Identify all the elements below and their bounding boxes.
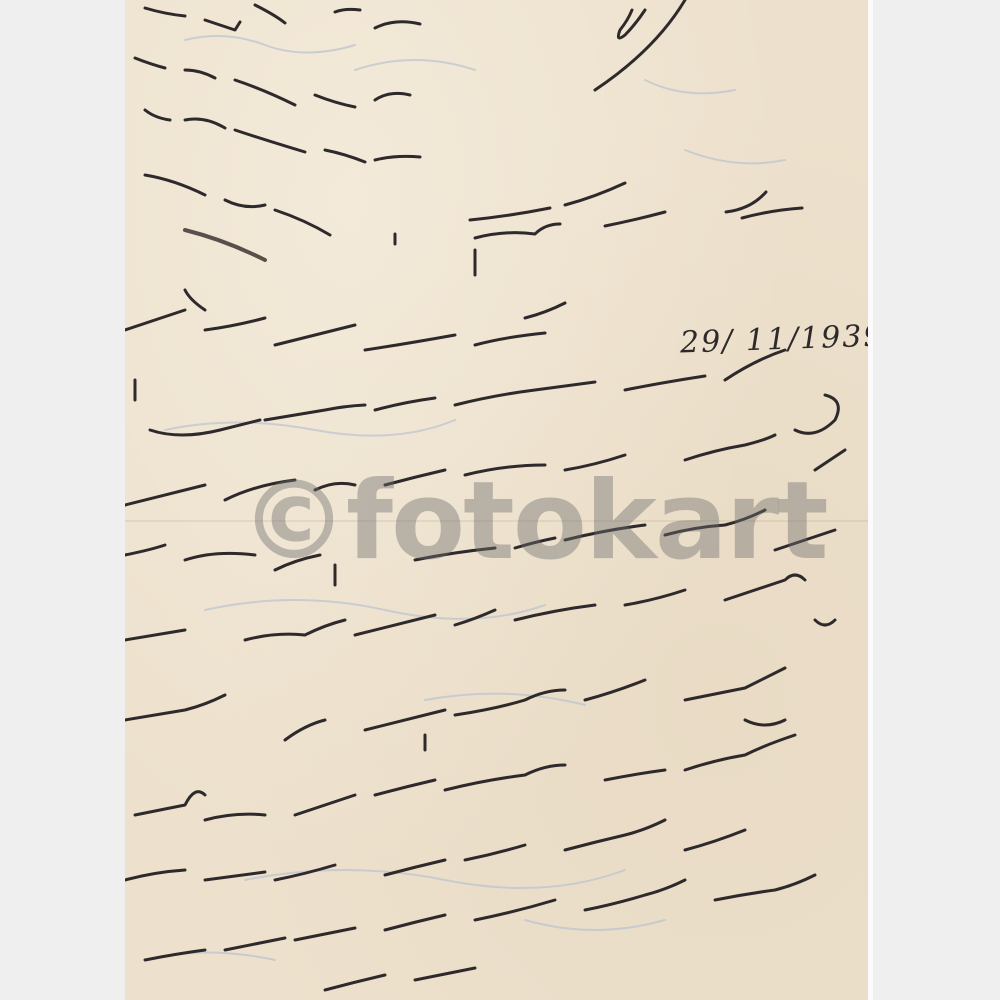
scan-viewport: 29/ 11/1939 ©fotokart <box>0 0 1000 1000</box>
letter-date: 29/ 11/1939 <box>679 318 868 360</box>
handwriting-ink <box>125 0 868 1000</box>
paper-right-edge <box>868 0 873 1000</box>
letter-page: 29/ 11/1939 <box>125 0 868 1000</box>
